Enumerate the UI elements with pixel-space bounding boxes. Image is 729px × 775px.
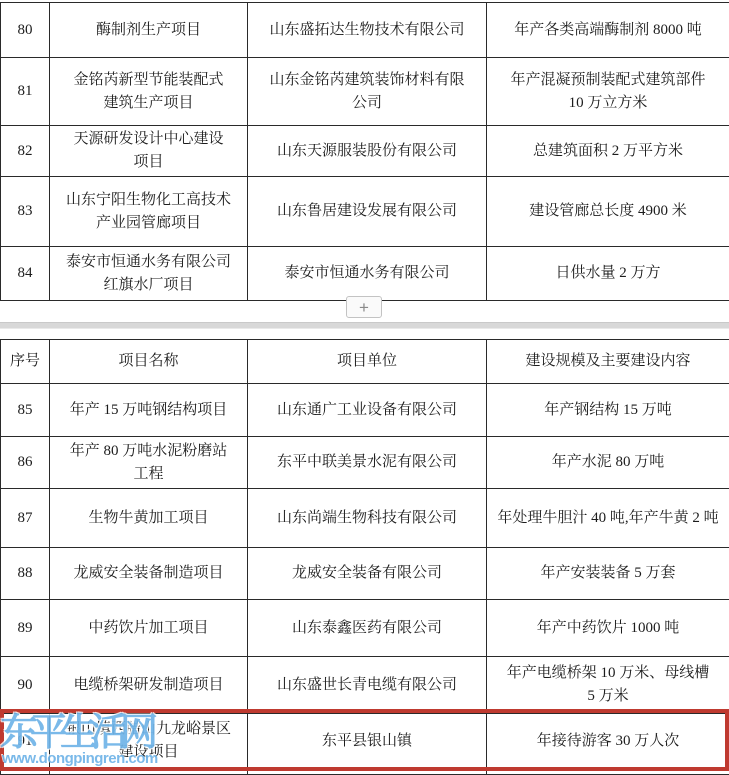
cell-project-unit: 山东盛世长青电缆有限公司 [248,657,487,714]
table-row: 81 金铭芮新型节能装配式 建筑生产项目 山东金铭芮建筑装饰材料有限 公司 年产… [1,58,729,126]
cell-serial: 86 [1,437,50,489]
cell-serial: 83 [1,177,50,247]
cell-project-name: 酶制剂生产项目 [50,3,248,58]
cell-project-unit: 山东泰鑫医药有限公司 [248,600,487,657]
cell-empty [50,769,248,775]
header-serial: 序号 [1,340,50,384]
cell-project-name: 年产 80 万吨水泥粉磨站 工程 [50,437,248,489]
cell-scale: 总建筑面积 2 万平方米 [487,126,729,177]
cell-serial: 84 [1,247,50,301]
projects-table-top: 80 酶制剂生产项目 山东盛拓达生物技术有限公司 年产各类高端酶制剂 8000 … [0,2,729,301]
cell-project-unit: 东平县银山镇 [248,714,487,769]
cell-project-unit: 山东金铭芮建筑装饰材料有限 公司 [248,58,487,126]
cell-empty [487,769,729,775]
cell-serial: 89 [1,600,50,657]
cell-serial: 81 [1,58,50,126]
cell-project-name: 龙威安全装备制造项目 [50,548,248,600]
cell-serial: 82 [1,126,50,177]
cell-project-name: 中药饮片加工项目 [50,600,248,657]
cell-project-name: 山东宁阳生物化工高技术 产业园管廊项目 [50,177,248,247]
cell-project-unit: 东平中联美景水泥有限公司 [248,437,487,489]
cell-project-name: 天源研发设计中心建设 项目 [50,126,248,177]
cell-scale: 年产各类高端酶制剂 8000 吨 [487,3,729,58]
cell-scale: 年处理牛胆汁 40 吨,年产牛黄 2 吨 [487,489,729,548]
cell-project-unit: 山东尚端生物科技有限公司 [248,489,487,548]
cell-project-name: 年产 15 万吨钢结构项目 [50,384,248,437]
table-row: 84 泰安市恒通水务有限公司 红旗水厂项目 泰安市恒通水务有限公司 日供水量 2… [1,247,729,301]
cell-project-unit: 山东天源服装股份有限公司 [248,126,487,177]
cell-scale: 年接待游客 30 万人次 [487,714,729,769]
header-scale: 建设规模及主要建设内容 [487,340,729,384]
cell-project-unit: 泰安市恒通水务有限公司 [248,247,487,301]
cell-scale: 日供水量 2 万方 [487,247,729,301]
cell-scale: 年产电缆桥架 10 万米、母线槽 5 万米 [487,657,729,714]
cell-project-unit: 山东通广工业设备有限公司 [248,384,487,437]
table-row: 89 中药饮片加工项目 山东泰鑫医药有限公司 年产中药饮片 1000 吨 [1,600,729,657]
cell-serial: 87 [1,489,50,548]
cell-serial: 85 [1,384,50,437]
cell-scale: 年产钢结构 15 万吨 [487,384,729,437]
cell-project-name: 金铭芮新型节能装配式 建筑生产项目 [50,58,248,126]
cell-project-unit: 山东鲁居建设发展有限公司 [248,177,487,247]
cell-project-name: 泰安市恒通水务有限公司 红旗水厂项目 [50,247,248,301]
cell-empty [1,769,50,775]
cell-scale: 年产中药饮片 1000 吨 [487,600,729,657]
table-row: 90 电缆桥架研发制造项目 山东盛世长青电缆有限公司 年产电缆桥架 10 万米、… [1,657,729,714]
cell-serial: 88 [1,548,50,600]
cell-scale: 年产混凝预制装配式建筑部件 10 万立方米 [487,58,729,126]
cell-project-name: 生物牛黄加工项目 [50,489,248,548]
cell-scale: 年产安装装备 5 万套 [487,548,729,600]
table-row: 88 龙威安全装备制造项目 龙威安全装备有限公司 年产安装装备 5 万套 [1,548,729,600]
expand-table-button[interactable]: + [346,296,382,318]
cell-project-unit: 龙威安全装备有限公司 [248,548,487,600]
table-row: 80 酶制剂生产项目 山东盛拓达生物技术有限公司 年产各类高端酶制剂 8000 … [1,3,729,58]
header-project-name: 项目名称 [50,340,248,384]
cell-empty [248,769,487,775]
page-divider [0,322,729,329]
page: 80 酶制剂生产项目 山东盛拓达生物技术有限公司 年产各类高端酶制剂 8000 … [0,0,729,775]
table-row-partial [1,769,729,775]
cell-project-unit: 山东盛拓达生物技术有限公司 [248,3,487,58]
table-row: 86 年产 80 万吨水泥粉磨站 工程 东平中联美景水泥有限公司 年产水泥 80… [1,437,729,489]
table-header-row: 序号 项目名称 项目单位 建设规模及主要建设内容 [1,340,729,384]
cell-project-name: 电缆桥架研发制造项目 [50,657,248,714]
cell-serial: 80 [1,3,50,58]
table-row: 85 年产 15 万吨钢结构项目 山东通广工业设备有限公司 年产钢结构 15 万… [1,384,729,437]
table-row: 82 天源研发设计中心建设 项目 山东天源服装股份有限公司 总建筑面积 2 万平… [1,126,729,177]
cell-scale: 年产水泥 80 万吨 [487,437,729,489]
table-row-highlighted: 91 银山镇西腊山九龙峪景区 建设项目 东平县银山镇 年接待游客 30 万人次 [1,714,729,769]
cell-serial: 90 [1,657,50,714]
cell-project-name: 银山镇西腊山九龙峪景区 建设项目 [50,714,248,769]
table-row: 83 山东宁阳生物化工高技术 产业园管廊项目 山东鲁居建设发展有限公司 建设管廊… [1,177,729,247]
table-row: 87 生物牛黄加工项目 山东尚端生物科技有限公司 年处理牛胆汁 40 吨,年产牛… [1,489,729,548]
projects-table-bottom: 序号 项目名称 项目单位 建设规模及主要建设内容 85 年产 15 万吨钢结构项… [0,339,729,775]
header-project-unit: 项目单位 [248,340,487,384]
cell-serial: 91 [1,714,50,769]
cell-scale: 建设管廊总长度 4900 米 [487,177,729,247]
